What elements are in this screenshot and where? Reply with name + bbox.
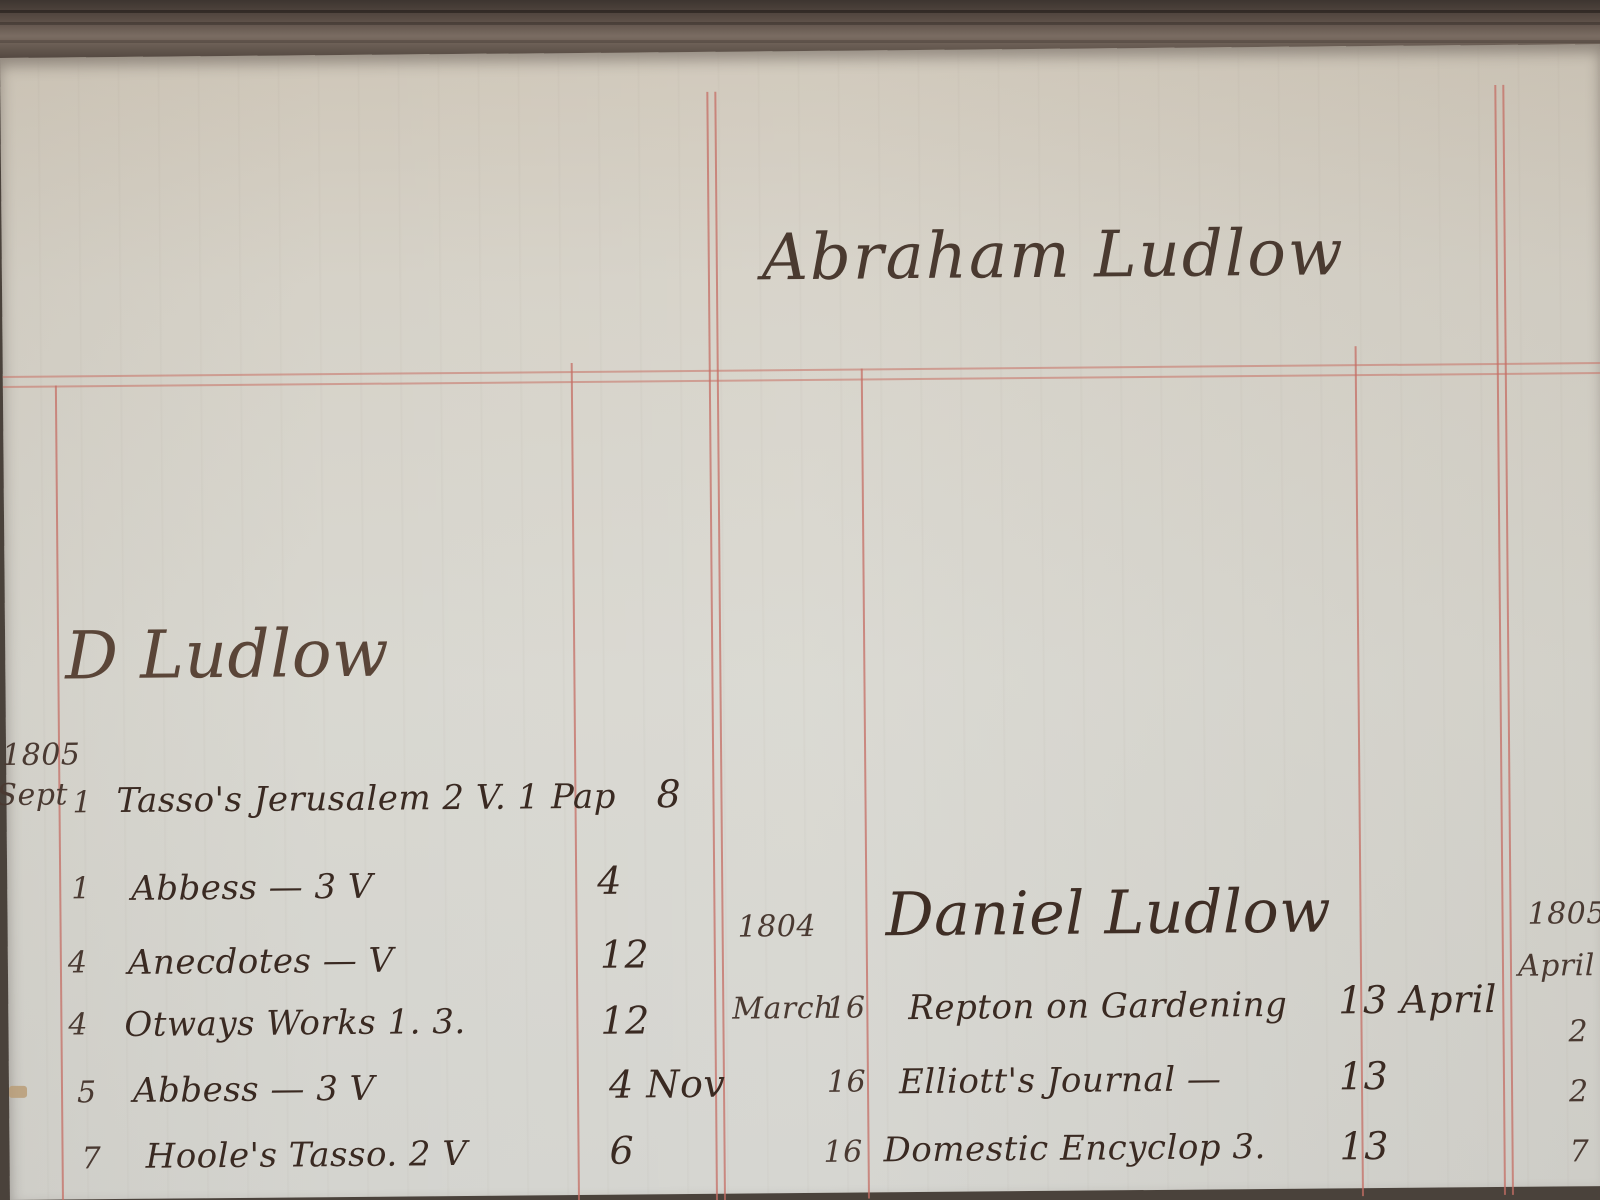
entry-day: 16 xyxy=(823,1135,862,1170)
entry-amount: 12 xyxy=(600,932,650,976)
fragment-text: 2 xyxy=(1568,1014,1588,1049)
right-account-name: Daniel Ludlow xyxy=(885,876,1331,950)
entry-title: Elliott's Journal — xyxy=(899,1059,1222,1102)
entry-day: 16 xyxy=(826,990,865,1025)
entry-day: 5 xyxy=(77,1075,97,1110)
page-edge xyxy=(0,10,1600,13)
entry-day: 16 xyxy=(827,1064,866,1099)
entry-day: 4 xyxy=(68,1007,88,1042)
entry-amount: 13 xyxy=(1339,1124,1389,1168)
entry-day: 4 xyxy=(68,945,88,980)
entry-amount: 8 xyxy=(656,772,681,816)
account-header-name: Abraham Ludlow xyxy=(761,216,1344,295)
entry-title: Domestic Encyclop 3. xyxy=(883,1127,1266,1170)
entry-amount: 13 xyxy=(1339,1054,1389,1098)
fragment-text: 2 xyxy=(1569,1074,1589,1109)
entry-day: 7 xyxy=(81,1141,101,1176)
entry-amount: 13 April xyxy=(1338,977,1497,1022)
right-next-month: April xyxy=(1518,948,1595,984)
page-edge xyxy=(0,22,1600,25)
entry-amount: 4 xyxy=(597,859,622,903)
entry-amount: 6 xyxy=(609,1129,634,1173)
entry-title: Abbess — 3 V xyxy=(131,867,373,909)
entry-title: Repton on Gardening xyxy=(908,985,1287,1028)
left-account-name: D Ludlow xyxy=(65,615,389,695)
entry-day: 1 xyxy=(71,871,91,906)
ink-stain xyxy=(9,1086,27,1098)
entry-day: 1 xyxy=(72,785,92,820)
entry-title: Tasso's Jerusalem 2 V. 1 Pap xyxy=(116,777,616,821)
left-year-marker: 1805 xyxy=(2,737,81,773)
entry-title: Hoole's Tasso. 2 V xyxy=(145,1134,467,1177)
right-next-year: 1805 xyxy=(1527,896,1600,932)
entry-amount: 4 Nov xyxy=(609,1062,726,1107)
entry-title: Otways Works 1. 3. xyxy=(124,1002,466,1045)
ledger-photo: Abraham Ludlow D Ludlow 1805 Sept 1 Tass… xyxy=(0,0,1600,1200)
right-year: 1804 xyxy=(737,909,816,945)
page-edge xyxy=(0,40,1600,43)
left-month-marker: Sept xyxy=(0,777,68,813)
entry-month: March xyxy=(732,991,834,1027)
entry-title: Anecdotes — V xyxy=(128,941,394,983)
entry-amount: 12 xyxy=(600,998,650,1042)
fragment-text: 7 xyxy=(1569,1134,1589,1169)
entry-title: Abbess — 3 V xyxy=(133,1069,375,1111)
ledger-page: Abraham Ludlow D Ludlow 1805 Sept 1 Tass… xyxy=(0,44,1600,1200)
